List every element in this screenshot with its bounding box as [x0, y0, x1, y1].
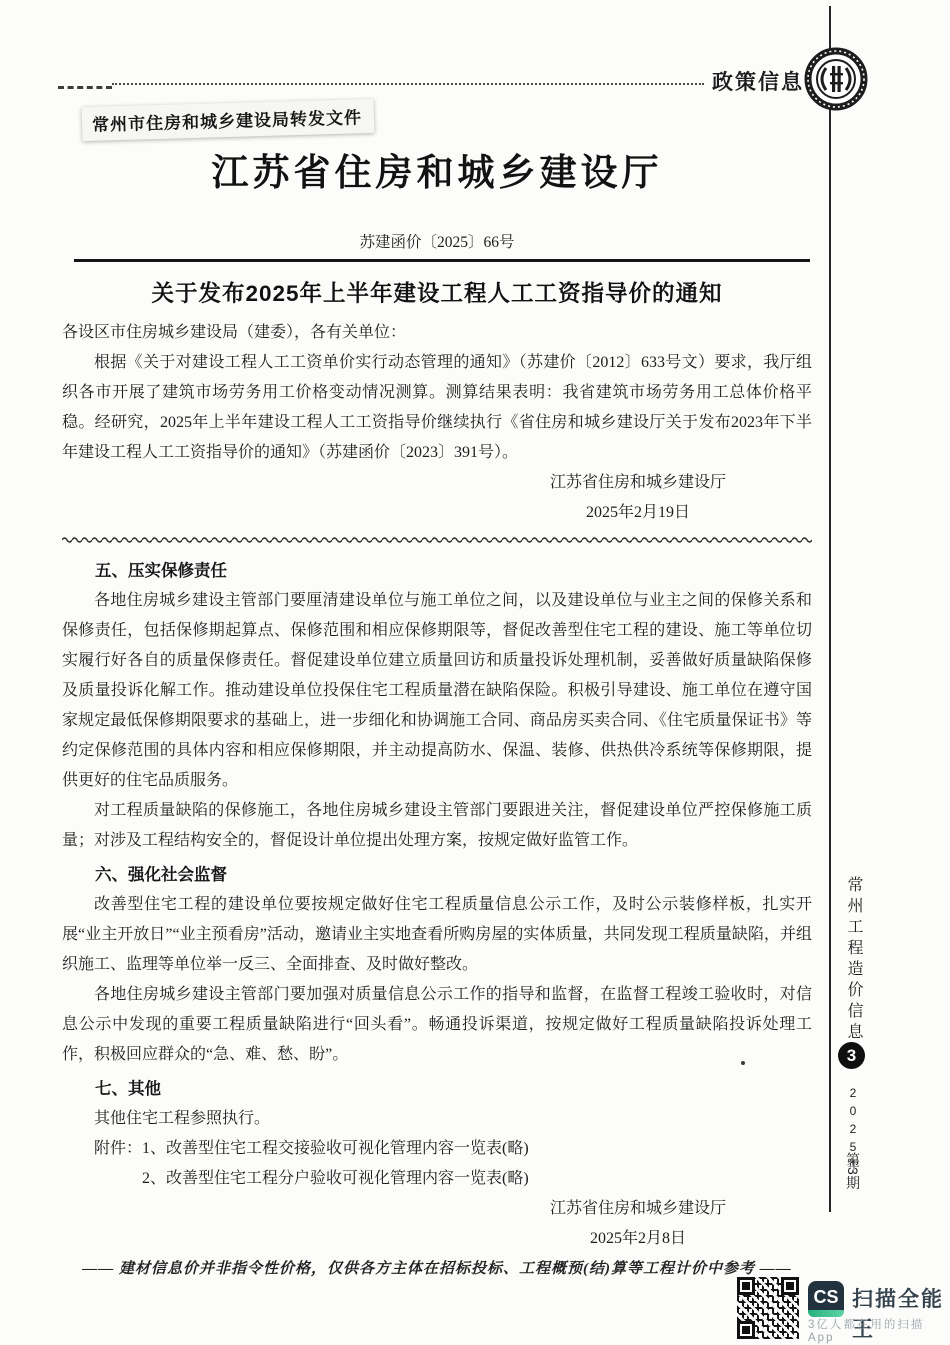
section-5-paragraph-1: 各地住房城乡建设主管部门要厘清建设单位与施工单位之间，以及建设单位与业主之间的保… — [62, 586, 812, 796]
notice-signer: 江苏省住房和城乡建设厅 — [550, 468, 726, 498]
footer-disclaimer: —— 建材信息价并非指令性价格，仅供各方主体在招标投标、工程概预(结)算等工程计… — [62, 1254, 812, 1284]
camscanner-logo-icon: CS — [808, 1281, 844, 1317]
notice-date: 2025年2月19日 — [550, 498, 726, 528]
section-5-paragraph-2: 对工程质量缺陷的保修施工，各地住房城乡建设主管部门要跟进关注，督促建设单位严控保… — [62, 796, 812, 856]
section-7-heading: 七、其他 — [62, 1074, 812, 1104]
sidebar-issue-number: 第3期 — [843, 1152, 863, 1191]
qr-finder-icon — [781, 1277, 799, 1295]
scan-artifact-dot — [741, 1061, 745, 1065]
qr-code — [737, 1277, 799, 1339]
attachments-line-1: 附件：1、改善型住宅工程交接验收可视化管理内容一览表(略) — [62, 1134, 812, 1164]
qr-finder-icon — [737, 1277, 755, 1295]
letterhead-rule — [74, 259, 810, 262]
section-6-paragraph-1: 改善型住宅工程的建设单位要按规定做好住宅工程质量信息公示工作，及时公示装修样板，… — [62, 890, 812, 980]
journal-seal-icon — [804, 47, 868, 111]
sidebar-journal-name: 常州工程造价信息 — [842, 876, 865, 1044]
transfer-stamp: 常州市住房和城乡建设局转发文件 — [82, 99, 375, 141]
section-6-heading: 六、强化社会监督 — [62, 860, 812, 890]
header-dash-segment — [58, 86, 112, 89]
salutation-line: 各设区市住房城乡建设局（建委），各有关单位： — [62, 318, 812, 348]
wavy-divider — [62, 534, 812, 546]
notice-signature-block: 江苏省住房和城乡建设厅 2025年2月19日 — [550, 468, 726, 528]
attachment-item-2: 2、改善型住宅工程分户验收可视化管理内容一览表(略) — [62, 1164, 812, 1194]
camscanner-tagline: 3亿人都在用的扫描App — [808, 1316, 950, 1344]
document-number: 苏建函价〔2025〕66号 — [62, 230, 812, 252]
closing-signature-block: 江苏省住房和城乡建设厅 2025年2月8日 — [550, 1194, 726, 1254]
attachment-item-1: 1、改善型住宅工程交接验收可视化管理内容一览表(略) — [142, 1140, 529, 1157]
scanned-document-page: 政策信息 常州市住房和城乡建设局转发文件 江苏省住房和城乡建设厅 苏建函价〔20… — [0, 0, 950, 1345]
section-5-heading: 五、压实保修责任 — [62, 556, 812, 586]
notice-paragraph: 根据《关于对建设工程人工工资单价实行动态管理的通知》（苏建价〔2012〕633号… — [62, 348, 812, 468]
section-7-paragraph-1: 其他住宅工程参照执行。 — [62, 1104, 812, 1134]
attachments-label: 附件： — [94, 1140, 142, 1157]
page-category-label: 政策信息 — [712, 66, 804, 96]
qr-finder-icon — [737, 1321, 755, 1339]
right-margin-rule — [829, 6, 831, 1212]
issuing-org-title: 江苏省住房和城乡建设厅 — [62, 142, 812, 196]
notice-title: 关于发布2025年上半年建设工程人工工资指导价的通知 — [62, 276, 812, 308]
sidebar-issue-badge: 3 — [838, 1042, 865, 1069]
closing-signer: 江苏省住房和城乡建设厅 — [550, 1194, 726, 1224]
closing-date: 2025年2月8日 — [550, 1224, 726, 1254]
section-6-paragraph-2: 各地住房城乡建设主管部门要加强对质量信息公示工作的指导和监督，在监督工程竣工验收… — [62, 980, 812, 1070]
document-body: 各设区市住房城乡建设局（建委），各有关单位： 根据《关于对建设工程人工工资单价实… — [62, 318, 812, 1284]
header-dotted-rule — [112, 83, 704, 85]
